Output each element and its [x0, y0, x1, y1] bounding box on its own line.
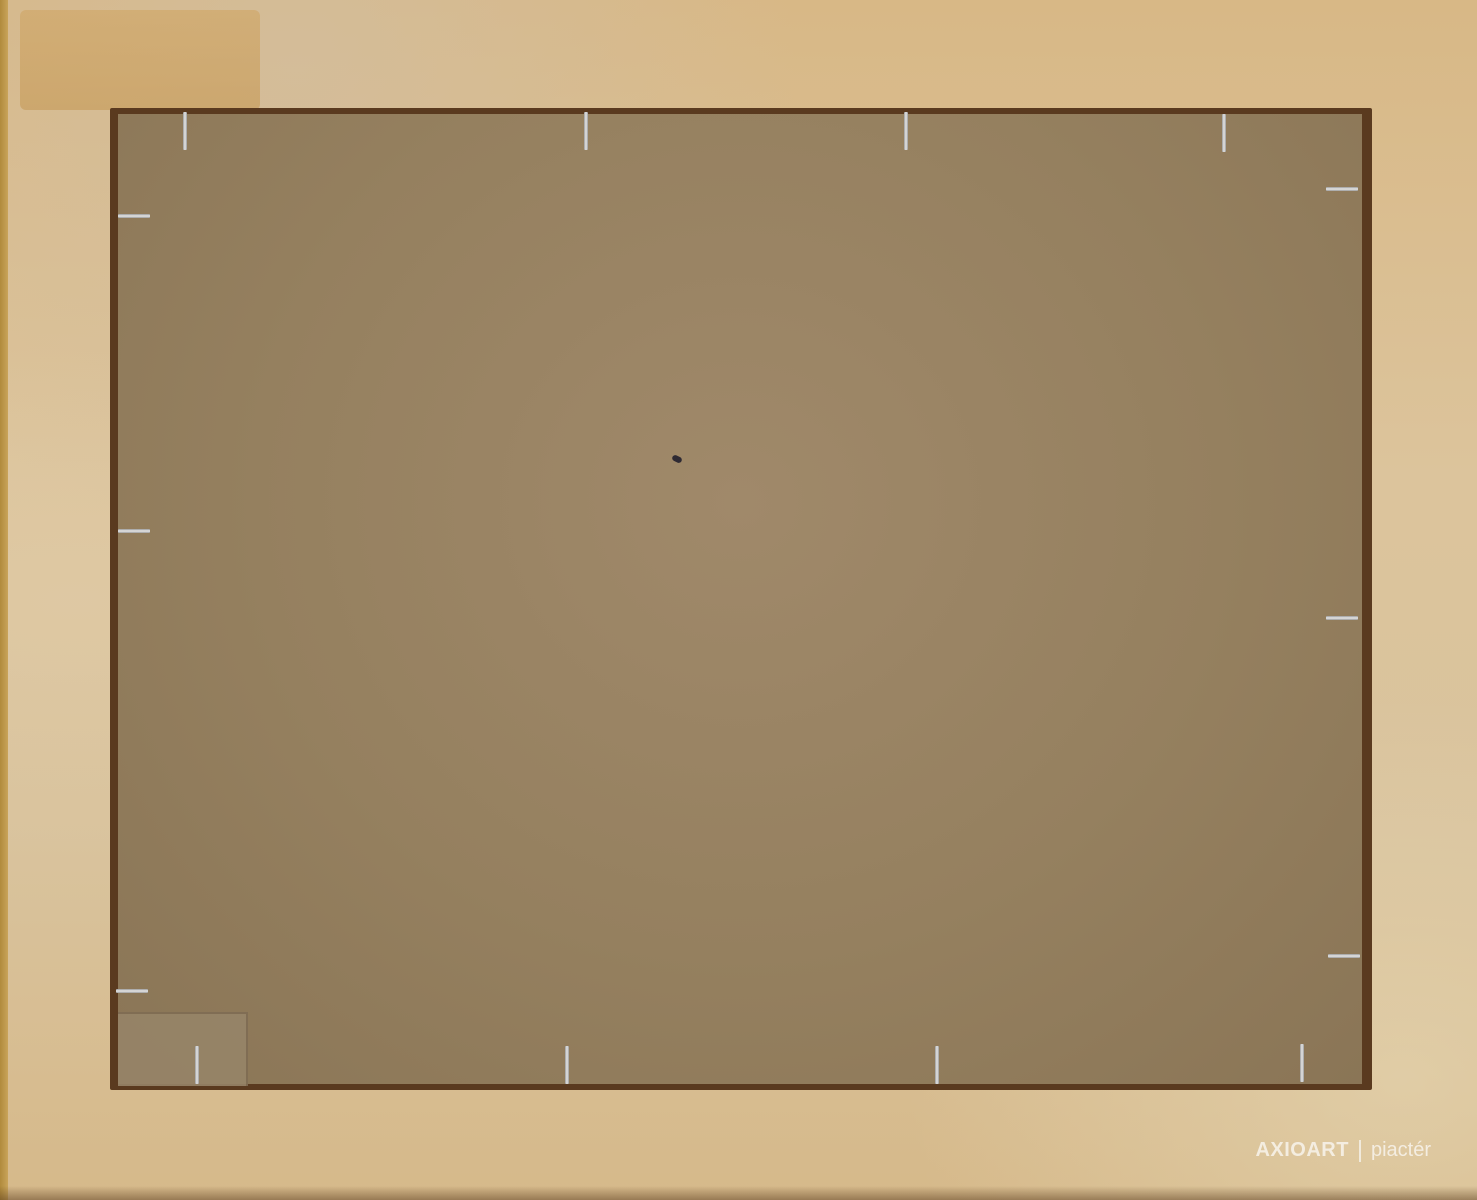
nail	[1222, 114, 1226, 152]
nail	[584, 112, 588, 150]
frame-back-photo: AXIOART piactér	[0, 0, 1477, 1200]
watermark-brand: AXIOART	[1255, 1139, 1349, 1162]
watermark-separator	[1359, 1140, 1361, 1162]
gilded-frame-edge	[0, 0, 8, 1200]
exposed-wood-patch	[20, 10, 260, 110]
backing-patch	[118, 1012, 248, 1086]
cardboard-backing	[118, 114, 1362, 1084]
nail	[1326, 187, 1358, 191]
nail	[195, 1046, 199, 1084]
nail	[118, 214, 150, 218]
watermark: AXIOART piactér	[1255, 1139, 1431, 1162]
nail	[118, 529, 150, 533]
nail	[935, 1046, 939, 1084]
nail	[904, 112, 908, 150]
nail	[1328, 954, 1360, 958]
nail	[1300, 1044, 1304, 1082]
watermark-subtitle: piactér	[1371, 1139, 1431, 1162]
nail	[116, 989, 148, 993]
nail	[183, 112, 187, 150]
frame-shadow	[0, 1186, 1477, 1200]
nail	[565, 1046, 569, 1084]
nail	[1326, 616, 1358, 620]
